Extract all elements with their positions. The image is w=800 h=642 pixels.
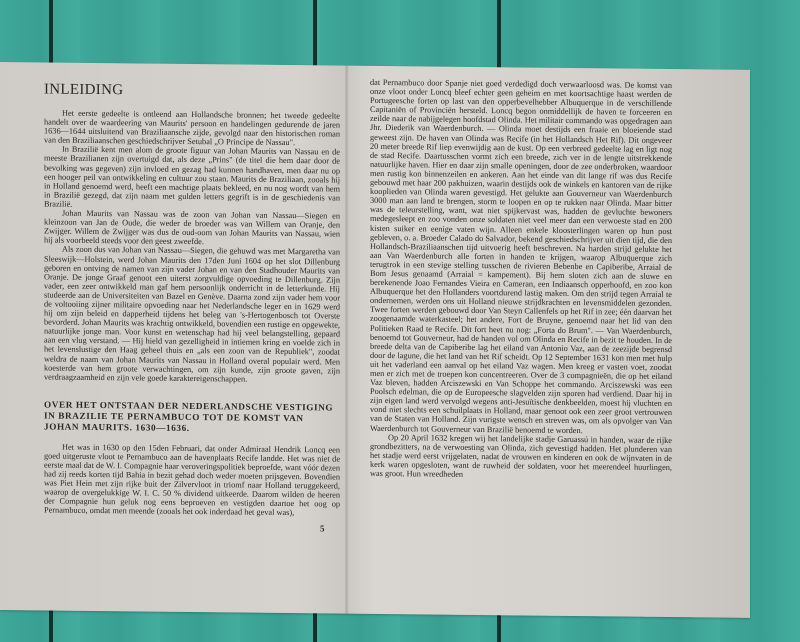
paragraph: Het was in 1630 op den 15den Februari, d… [44, 442, 340, 518]
right-page: dat Pernambuco door Spanje niet goed ver… [370, 78, 672, 481]
open-booklet: INLEIDING Het eerste gedeelte is ontleen… [0, 62, 750, 618]
page-title: INLEIDING [44, 80, 340, 101]
book-gutter [345, 66, 349, 614]
section-heading: OVER HET ONTSTAAN DER NEDERLANDSCHE VEST… [44, 399, 340, 435]
paragraph: Johan Maurits van Nassau was de zoon van… [44, 208, 340, 247]
page-number: 5 [320, 523, 325, 533]
paragraph: Op 20 April 1632 kregen wij het landelij… [370, 433, 672, 482]
paragraph: Als zoon dus van Johan van Nassau—Siegen… [44, 245, 340, 385]
paragraph: In Brazilië kent men alom de groote figu… [44, 145, 340, 212]
paragraph: Het eerste gedeelte is ontleend aan Holl… [44, 108, 340, 147]
paragraph: dat Pernambuco door Spanje niet goed ver… [370, 78, 672, 436]
left-page: INLEIDING Het eerste gedeelte is ontleen… [44, 80, 340, 518]
